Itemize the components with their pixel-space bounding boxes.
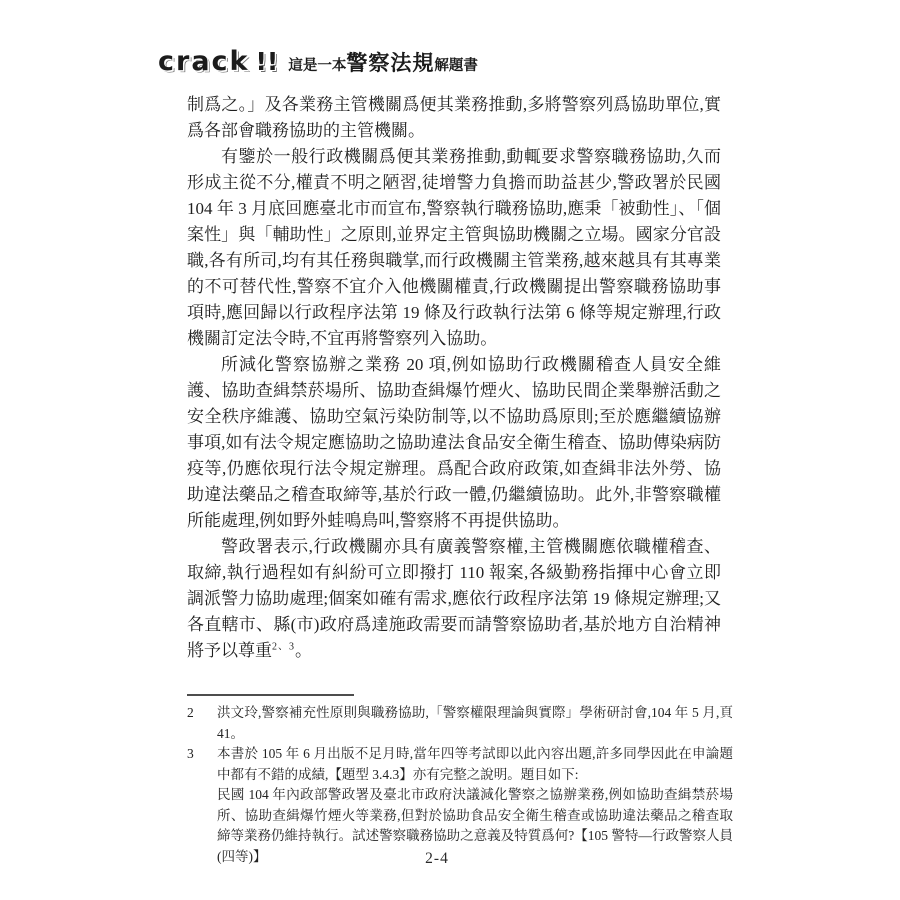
book-page: crack !! 這是一本 警察法規 解題書 制爲之。」及各業務主管機關爲便其業… (0, 0, 900, 900)
footnote-3: 3 本書於 105 年 6 月出版不足月時,當年四等考試即以此內容出題,許多同學… (187, 744, 733, 867)
footnote-text: 洪文玲,警察補充性原則與職務協助,「警察權限理論與實際」學術研討會,104 年 … (217, 703, 733, 744)
footnote-number: 3 (187, 744, 217, 867)
book-title-prefix: 這是一本 (288, 54, 346, 75)
footnote-reference-marker: 2、3 (272, 641, 295, 652)
footnote-note-text: 本書於 105 年 6 月出版不足月時,當年四等考試即以此內容出題,許多同學因此… (217, 746, 733, 782)
paragraph-text: 警政署表示,行政機關亦具有廣義警察權,主管機關應依職權稽查、取締,執行過程如有糾… (187, 537, 721, 660)
body-text: 制爲之。」及各業務主管機關爲便其業務推動,多將警察列爲協助單位,實爲各部會職務協… (187, 92, 721, 664)
footnote-number: 2 (187, 703, 217, 744)
paragraph: 警政署表示,行政機關亦具有廣義警察權,主管機關應依職權稽查、取締,執行過程如有糾… (187, 534, 721, 664)
page-number: 2-4 (187, 850, 687, 868)
footnotes: 2 洪文玲,警察補充性原則與職務協助,「警察權限理論與實際」學術研討會,104 … (187, 703, 733, 867)
book-title-suffix: 解題書 (434, 54, 478, 75)
footnote-2: 2 洪文玲,警察補充性原則與職務協助,「警察權限理論與實際」學術研討會,104 … (187, 703, 733, 744)
page-header: crack !! 這是一本 警察法規 解題書 (158, 46, 478, 77)
footnote-text: 本書於 105 年 6 月出版不足月時,當年四等考試即以此內容出題,許多同學因此… (217, 744, 733, 867)
crack-logo: crack (158, 46, 250, 77)
book-title-main: 警察法規 (346, 47, 434, 77)
paragraph: 所減化警察協辦之業務 20 項,例如協助行政機關稽查人員安全維護、協助查緝禁菸場… (187, 352, 721, 534)
footnote-separator-rule (187, 694, 354, 696)
paragraph-continuation: 制爲之。」及各業務主管機關爲便其業務推動,多將警察列爲協助單位,實爲各部會職務協… (187, 92, 721, 144)
paragraph-text-tail: 。 (295, 641, 312, 660)
paragraph: 有鑒於一般行政機關爲便其業務推動,動輒要求警察職務協助,久而形成主從不分,權責不… (187, 144, 721, 352)
crack-logo-exclamation-icon: !! (256, 47, 279, 76)
